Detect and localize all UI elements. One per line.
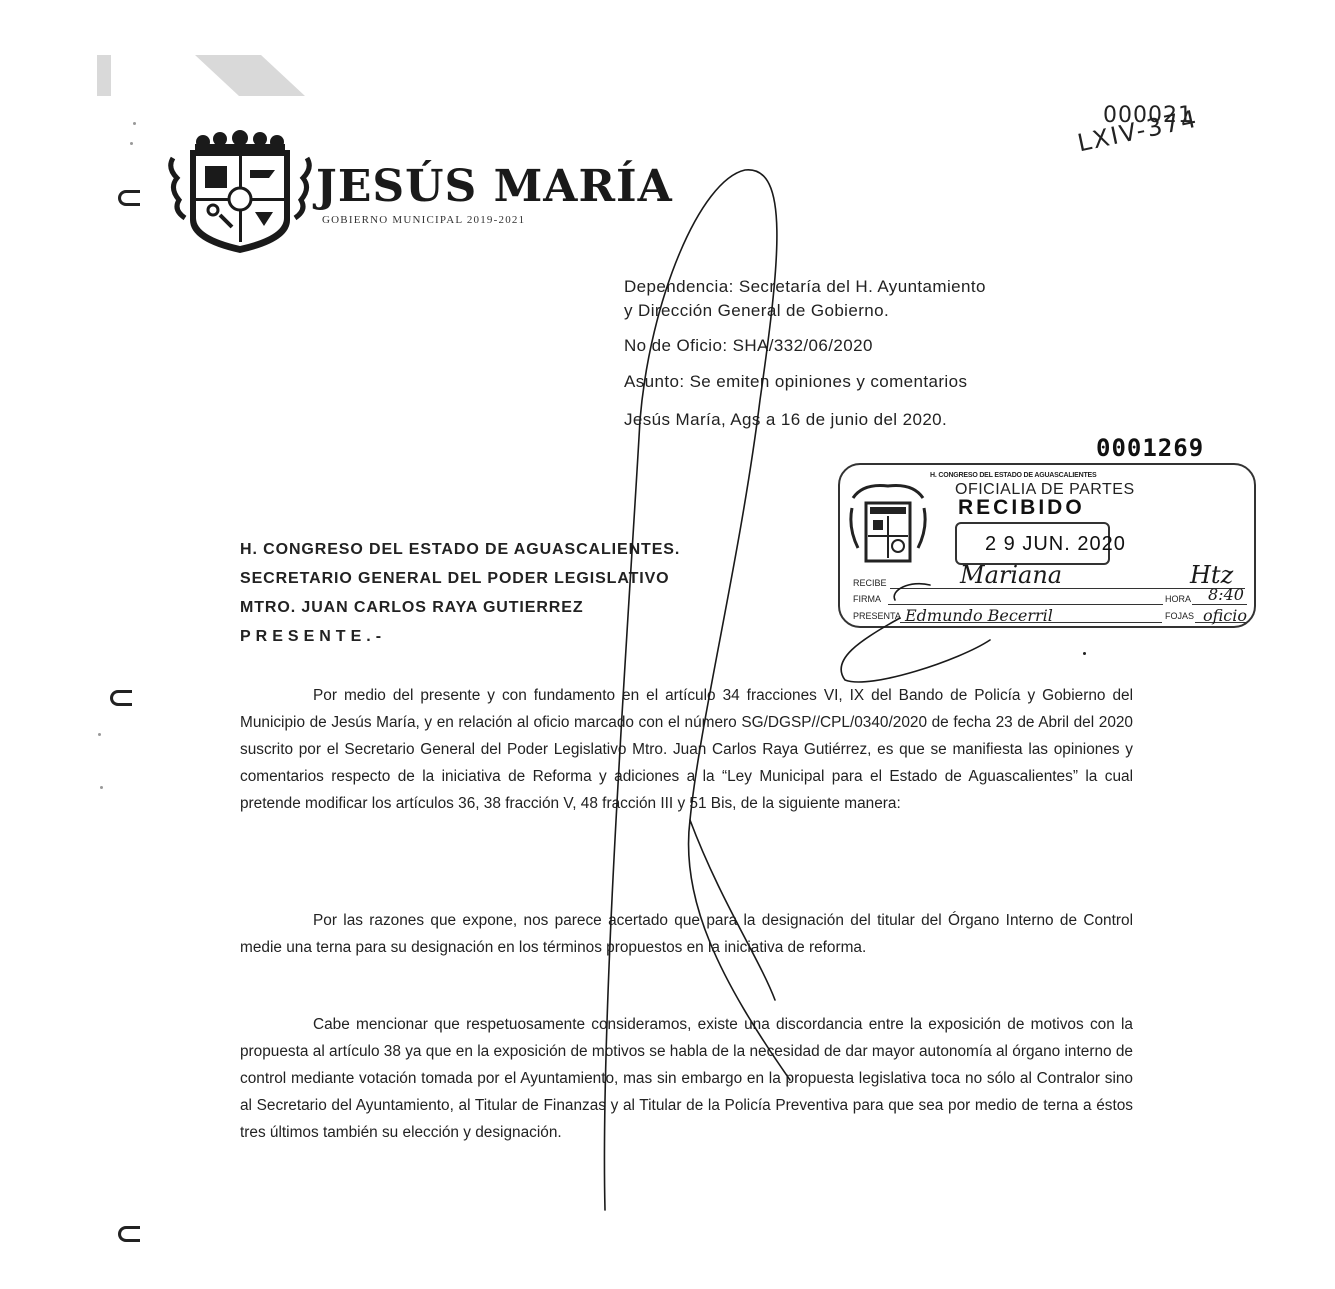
speck <box>98 733 101 736</box>
handwritten-recibe: Mariana <box>960 561 1062 589</box>
oficio-number: No de Oficio: SHA/332/06/2020 <box>624 336 873 356</box>
speck <box>100 786 103 789</box>
municipality-name: JESÚS MARÍA <box>316 165 673 209</box>
speck <box>133 122 136 125</box>
handwritten-hora: 8:40 <box>1208 585 1244 604</box>
stamp-date: 2 9 JUN. 2020 <box>985 533 1126 556</box>
stamp-label-firma: FIRMA <box>853 594 881 604</box>
place-and-date: Jesús María, Ags a 16 de junio del 2020. <box>624 410 947 430</box>
body-paragraph: Cabe mencionar que respetuosamente consi… <box>240 1011 1133 1146</box>
speck <box>130 142 133 145</box>
stamp-label-hora: HORA <box>1165 594 1191 604</box>
addressee-line-2: SECRETARIO GENERAL DEL PODER LEGISLATIVO <box>240 570 670 588</box>
stamp-line <box>1192 604 1247 605</box>
speck <box>1083 652 1086 655</box>
dependencia-line-2: y Dirección General de Gobierno. <box>624 301 889 321</box>
punch-hole-icon <box>110 690 132 706</box>
folio-number: 0001269 <box>1096 434 1204 462</box>
body-paragraph-text: Por las razones que expone, nos parece a… <box>240 907 1133 961</box>
municipal-coat-of-arms-icon <box>165 130 315 255</box>
punch-hole-icon <box>118 190 140 206</box>
body-paragraph-text: Por medio del presente y con fundamento … <box>240 682 1133 817</box>
congress-crest-icon <box>848 478 928 573</box>
municipality-subtitle: GOBIERNO MUNICIPAL 2019-2021 <box>322 214 525 226</box>
handwritten-presenta: Edmundo Becerril <box>905 606 1053 625</box>
stamp-status: RECIBIDO <box>958 496 1085 520</box>
stamp-label-presenta: PRESENTA <box>853 611 901 621</box>
addressee-line-1: H. CONGRESO DEL ESTADO DE AGUASCALIENTES… <box>240 541 680 559</box>
asunto: Asunto: Se emiten opiniones y comentario… <box>624 372 967 392</box>
punch-hole-icon <box>118 1226 140 1242</box>
stamp-label-fojas: FOJAS <box>1165 611 1194 621</box>
addressee-line-3: MTRO. JUAN CARLOS RAYA GUTIERREZ <box>240 599 584 617</box>
body-paragraph: Por las razones que expone, nos parece a… <box>240 907 1133 961</box>
scan-artifact <box>97 55 111 96</box>
scan-artifact <box>195 55 305 96</box>
handwritten-fojas: oficio <box>1203 606 1247 625</box>
stamp-header: H. CONGRESO DEL ESTADO DE AGUASCALIENTES <box>930 472 1097 479</box>
body-paragraph-text: Cabe mencionar que respetuosamente consi… <box>240 1011 1133 1146</box>
dependencia-line-1: Dependencia: Secretaría del H. Ayuntamie… <box>624 277 986 297</box>
stamp-label-recibe: RECIBE <box>853 578 887 588</box>
stamp-line <box>888 604 1163 605</box>
body-paragraph: Por medio del presente y con fundamento … <box>240 682 1133 817</box>
addressee-line-4: PRESENTE.- <box>240 628 386 646</box>
